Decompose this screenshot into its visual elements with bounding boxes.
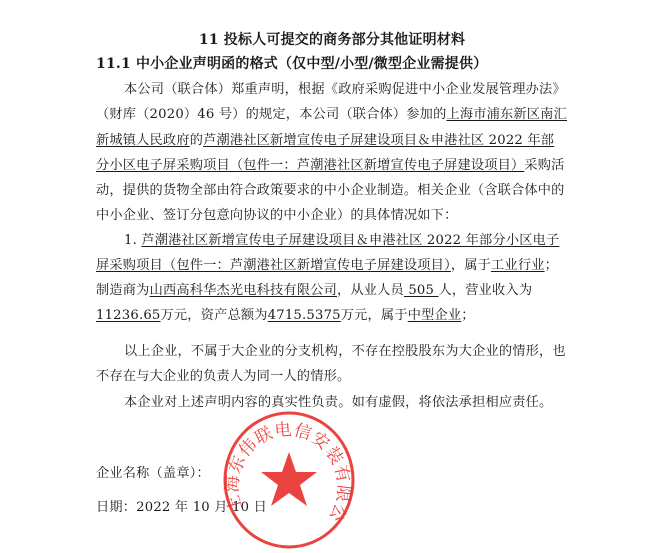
company-seal-stamp: 上海东伟联电信安装有限公司: [219, 410, 359, 550]
industry-value: 工业行业: [491, 258, 545, 273]
item1-line3: 制造商为山西高科华杰光电科技有限公司，从业人员 505 人，营业收入为: [96, 283, 532, 299]
item1-line1: 1. 芦潮港社区新增宣传电子屏建设项目＆申港社区 2022 年部分小区电子: [124, 233, 559, 249]
para2-line1: 以上企业，不属于大企业的分支机构，不存在控股股东为大企业的情形，也: [124, 344, 566, 360]
purchaser-name-cont: 新城镇人民政府: [96, 133, 190, 148]
item1-line2: 屏采购项目（包件一：芦潮港社区新增宣传电子屏建设项目），属于工业行业；: [96, 258, 558, 274]
para1-line2: （财库（2020）46 号）的规定，本公司（联合体）参加的上海市浦东新区南汇: [96, 107, 567, 123]
item1-project: 芦潮港社区新增宣传电子屏建设项目＆申港社区 2022 年部分小区电子: [141, 233, 559, 248]
signature-label: 企业名称（盖章）：: [96, 466, 210, 482]
para1-line4: 分小区电子屏采购项目（包件一：芦潮港社区新增宣传电子屏建设项目）采购活: [96, 158, 565, 174]
document-page: 11 投标人可提交的商务部分其他证明材料 11.1 中小企业声明函的格式（仅中型…: [0, 0, 664, 553]
para1-line6: 中小企业、签订分包意向协议的中小企业）的具体情况如下：: [96, 208, 457, 224]
para1-line5: 动，提供的货物全部由符合政策要求的中小企业制造。相关企业（含联合体中的: [96, 183, 565, 199]
assets-value: 4715.5375: [268, 308, 341, 323]
para1-line1: 本公司（联合体）郑重声明，根据《政府采购促进中小企业发展管理办法》: [124, 82, 566, 98]
para3: 本企业对上述声明内容的真实性负责。如有虚假，将依法承担相应责任。: [124, 395, 552, 411]
project-name-cont: 分小区电子屏采购项目（包件一：芦潮港社区新增宣传电子屏建设项目）: [96, 158, 524, 173]
star-icon: [261, 452, 317, 506]
para2-line2: 不存在与大企业的负责人为同一人的情形。: [96, 369, 350, 385]
item1-line4: 11236.65万元，资产总额为4715.5375万元，属于中型企业；: [96, 308, 475, 324]
section-title: 11 投标人可提交的商务部分其他证明材料: [0, 32, 664, 48]
item1-project-cont: 屏采购项目（包件一：芦潮港社区新增宣传电子屏建设项目）: [96, 258, 451, 273]
manufacturer-value: 山西高科华杰光电科技有限公司: [150, 283, 337, 298]
project-name: 芦潮港社区新增宣传电子屏建设项目＆申港社区 2022 年部: [203, 133, 554, 148]
employees-value: 505: [404, 283, 439, 298]
subsection-title: 11.1 中小企业声明函的格式（仅中型/小型/微型企业需提供）: [96, 56, 487, 72]
enterprise-type-value: 中型企业: [408, 308, 462, 323]
purchaser-name: 上海市浦东新区南汇: [446, 107, 567, 122]
para1-line3: 新城镇人民政府的芦潮港社区新增宣传电子屏建设项目＆申港社区 2022 年部: [96, 133, 554, 149]
revenue-value: 11236.65: [96, 308, 161, 323]
